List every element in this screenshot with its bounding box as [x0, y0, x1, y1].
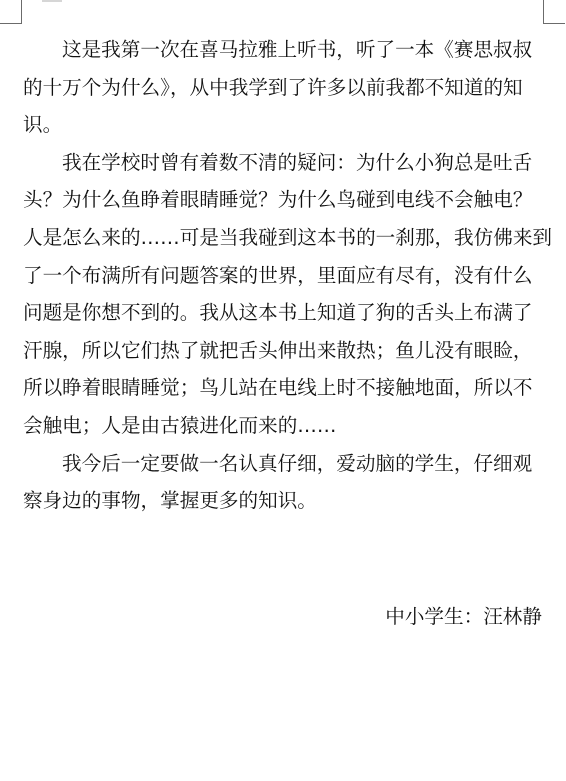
text-line: 的十万个为什么》，从中我学到了许多以前我都不知道的知	[23, 69, 543, 107]
text-line: 汗腺，所以它们热了就把舌头伸出来散热；鱼儿没有眼睑，	[23, 332, 543, 370]
text-line: 所以睁着眼睛睡觉；鸟儿站在电线上时不接触地面，所以不	[23, 369, 543, 407]
paragraph-1: 这是我第一次在喜马拉雅上听书，听了一本《赛思叔叔 的十万个为什么》，从中我学到了…	[23, 31, 543, 144]
page-corner-mark-right	[543, 0, 565, 24]
paragraph-2: 我在学校时曾有着数不清的疑问：为什么小狗总是吐舌 头？为什么鱼睁着眼睛睡觉？为什…	[23, 144, 543, 445]
document-body: 这是我第一次在喜马拉雅上听书，听了一本《赛思叔叔 的十万个为什么》，从中我学到了…	[23, 31, 543, 520]
text-line: 了一个布满所有问题答案的世界，里面应有尽有，没有什么	[23, 257, 543, 295]
text-line: 识。	[23, 106, 543, 144]
text-line: 头？为什么鱼睁着眼睛睡觉？为什么鸟碰到电线不会触电？	[23, 181, 543, 219]
text-line: 人是怎么来的……可是当我碰到这本书的一刹那，我仿佛来到	[23, 219, 543, 257]
text-line: 我今后一定要做一名认真仔细，爱动脑的学生，仔细观	[23, 445, 543, 483]
page-corner-mark-left	[0, 0, 22, 24]
text-line: 我在学校时曾有着数不清的疑问：为什么小狗总是吐舌	[23, 144, 543, 182]
text-line: 这是我第一次在喜马拉雅上听书，听了一本《赛思叔叔	[23, 31, 543, 69]
author-signature: 中小学生：汪林静	[385, 598, 542, 636]
text-line: 问题是你想不到的。我从这本书上知道了狗的舌头上布满了	[23, 294, 543, 332]
text-line: 察身边的事物，掌握更多的知识。	[23, 482, 543, 520]
text-line: 会触电；人是由古猿进化而来的……	[23, 407, 543, 445]
paragraph-3: 我今后一定要做一名认真仔细，爱动脑的学生，仔细观 察身边的事物，掌握更多的知识。	[23, 445, 543, 520]
top-edge-mark	[42, 0, 62, 2]
